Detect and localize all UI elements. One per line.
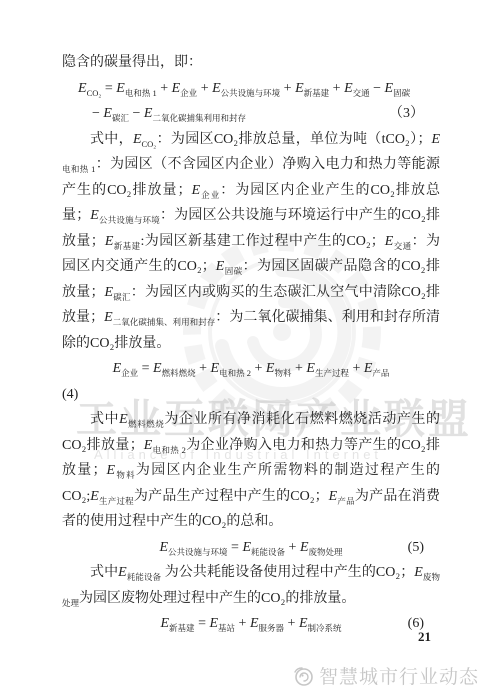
variable-E: E xyxy=(431,132,440,147)
variable-E: E xyxy=(250,616,259,631)
variable-E: E xyxy=(216,259,225,274)
variable-E: E xyxy=(105,285,114,300)
variable-subscript: 新基建 xyxy=(169,623,195,633)
variable-subscript: CO₂ xyxy=(142,138,157,148)
variable-subscript: 燃料燃烧 xyxy=(162,368,196,378)
variable-E: E xyxy=(104,310,113,325)
variable-E: E xyxy=(209,616,218,631)
variable-E: E xyxy=(192,183,201,198)
equation-number: （3） xyxy=(389,101,424,127)
variable-subscript: 电和热 1 xyxy=(62,164,95,174)
variable-subscript: 物料 xyxy=(274,368,291,378)
variable-E: E xyxy=(113,361,122,376)
variable-subscript: 固碳 xyxy=(224,266,242,276)
variable-subscript: 基站 xyxy=(218,623,235,633)
equation-line: E企业 = E燃料燃烧 + E电和热 2 + E物料 + E生产过程 + E产品 xyxy=(62,356,440,382)
equation-number: (5) xyxy=(408,535,424,561)
variable-subscript: 新基建 xyxy=(304,87,330,97)
variable-E: E xyxy=(144,438,153,453)
variable-subscript: 碳汇 xyxy=(113,291,131,301)
variable-subscript: 燃料燃烧 xyxy=(128,419,165,429)
page-number: 21 xyxy=(418,629,431,645)
variable-subscript: 企业 xyxy=(121,368,138,378)
variable-subscript: 生产过程 xyxy=(99,495,134,505)
variable-subscript: 二氧化碳捕集、利用和封存 xyxy=(113,317,216,327)
brand-text: 智慧城市行业动态 xyxy=(319,662,479,689)
variable-E: E xyxy=(116,81,125,96)
variable-E: E xyxy=(414,565,423,580)
variable-E: E xyxy=(300,540,309,555)
variable-subscript: CO₂ xyxy=(87,87,102,97)
equation-line: − E碳汇 − E二氧化碳捕集利用和封存（3） xyxy=(62,101,440,127)
variable-E: E xyxy=(211,361,220,376)
variable-subscript: 电和热 2 xyxy=(152,444,186,454)
brand-logo-icon xyxy=(292,665,314,687)
variable-subscript: 服务器 xyxy=(259,623,285,633)
footer-brand: 智慧城市行业动态 xyxy=(292,662,479,689)
paragraph-line: 隐含的碳量得出，即： xyxy=(62,50,440,76)
variable-subscript: 制冷系统 xyxy=(308,623,342,633)
variable-E: E xyxy=(329,489,338,504)
variable-E: E xyxy=(242,540,251,555)
variable-subscript: 企业 xyxy=(200,189,220,199)
variable-E: E xyxy=(295,81,304,96)
variable-E: E xyxy=(159,540,168,555)
paragraph-line: 式中，ECO₂：为园区CO₂排放总量，单位为吨（tCO₂）；E电和热 1：为园区… xyxy=(62,127,440,357)
variable-subscript: 公共设施与环境 xyxy=(221,87,281,97)
paragraph-line: 式中E耗能设备 为公共耗能设备使用过程中产生的CO₂；E废物处理为园区废物处理过… xyxy=(62,560,440,611)
variable-E: E xyxy=(90,489,99,504)
equation-line: E新基建 = E基站 + E服务器 + E制冷系统(6) xyxy=(62,611,440,637)
variable-subscript: 碳汇 xyxy=(112,113,129,123)
variable-subscript: 二氧化碳捕集利用和封存 xyxy=(152,113,246,123)
variable-subscript: 新基建 xyxy=(113,240,140,250)
variable-E: E xyxy=(103,106,112,121)
variable-subscript: 企业 xyxy=(180,87,197,97)
variable-subscript: 产品 xyxy=(337,495,355,505)
variable-E: E xyxy=(306,361,315,376)
variable-E: E xyxy=(385,81,394,96)
variable-subscript: 耗能设备 xyxy=(251,546,285,556)
variable-subscript: 废物处理 xyxy=(309,546,343,556)
equation-line: ECO₂ = E电和热 1 + E企业 + E公共设施与环境 + E新基建 + … xyxy=(62,76,440,102)
variable-E: E xyxy=(212,81,221,96)
variable-subscript: 物料 xyxy=(115,470,136,480)
variable-subscript: 公共设施与环境 xyxy=(99,215,160,225)
variable-E: E xyxy=(153,361,162,376)
variable-E: E xyxy=(299,616,308,631)
variable-subscript: 耗能设备 xyxy=(127,572,161,582)
variable-E: E xyxy=(344,81,353,96)
variable-E: E xyxy=(160,616,169,631)
variable-subscript: 交通 xyxy=(353,87,370,97)
variable-subscript: 电和热 1 xyxy=(125,87,157,97)
variable-E: E xyxy=(78,81,87,96)
paragraph-line: 式中E燃料燃烧为企业所有净消耗化石燃料燃烧活动产生的CO₂排放量；E电和热 2为… xyxy=(62,407,440,535)
variable-subscript: 电和热 2 xyxy=(219,368,251,378)
variable-subscript: 生产过程 xyxy=(315,368,349,378)
variable-subscript: 交通 xyxy=(393,240,411,250)
document-page: 工业互联网产业联盟 Alliance of Industrial Interne… xyxy=(0,0,495,700)
variable-E: E xyxy=(119,412,128,427)
variable-E: E xyxy=(133,132,142,147)
paragraph-line: (4) xyxy=(62,382,440,408)
variable-subscript: 产品 xyxy=(372,368,389,378)
document-body: 隐含的碳量得出，即：ECO₂ = E电和热 1 + E企业 + E公共设施与环境… xyxy=(62,50,440,637)
variable-E: E xyxy=(118,565,127,580)
variable-E: E xyxy=(172,81,181,96)
equation-line: E公共设施与环境 = E耗能设备 + E废物处理(5) xyxy=(62,535,440,561)
variable-subscript: 公共设施与环境 xyxy=(168,546,228,556)
variable-subscript: 固碳 xyxy=(393,87,410,97)
variable-E: E xyxy=(90,208,99,223)
variable-E: E xyxy=(107,463,116,478)
